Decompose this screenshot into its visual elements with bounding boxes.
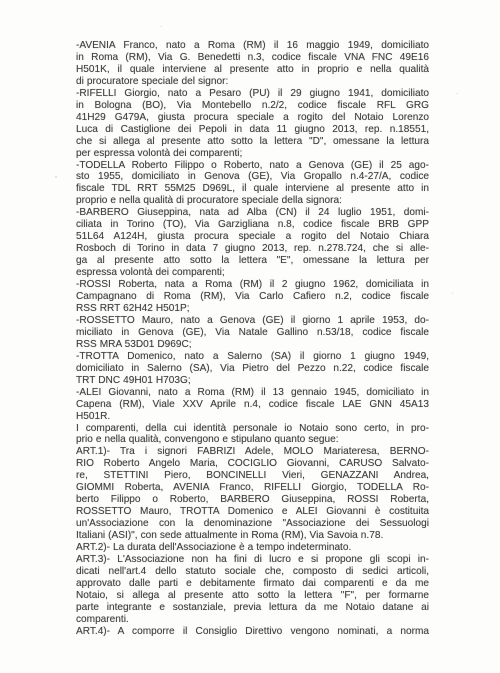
text-line: -AVENIA Franco, nato a Roma (RM) il 16 m… (76, 40, 429, 52)
text-line: -TROTTA Domenico, nato a Salerno (SA) il… (76, 351, 429, 363)
text-line: ROSSETTO Mauro, TROTTA Domenico e ALEI G… (76, 506, 429, 518)
text-line: di procuratore speciale del signor: (76, 76, 429, 88)
text-line: fiscale TDL RRT 55M25 D969L, il quale in… (76, 183, 429, 195)
text-line: I comparenti, della cui identità persona… (76, 423, 429, 435)
text-line: 41H29 G479A, giusta procura speciale a r… (76, 112, 429, 124)
scan-speck (452, 292, 453, 294)
scanned-page: -AVENIA Franco, nato a Roma (RM) il 16 m… (0, 0, 500, 673)
text-line: comparenti. (76, 614, 429, 626)
text-line: miciliato in Genova (GE), Via Natale Gal… (76, 327, 429, 339)
text-line: -ROSSETTO Mauro, nato a Genova (GE) il g… (76, 315, 429, 327)
text-line: GIOMMI Roberta, AVENIA Franco, RIFELLI G… (76, 482, 429, 494)
text-line: 51L64 A124H, giusta procura speciale a r… (76, 231, 429, 243)
text-line: Notaio, si allega al presente atto sotto… (76, 590, 429, 602)
text-line: ciliata in Torino (TO), Via Garzigliana … (76, 219, 429, 231)
text-line: re, STETTINI Piero, BONCINELLI Vieri, GE… (76, 470, 429, 482)
text-line: dicati nell'art.4 dello statuto sociale … (76, 566, 429, 578)
text-line: in Roma (RM), Via G. Benedetti n.3, codi… (76, 52, 429, 64)
text-line: H501K, il quale interviene al presente a… (76, 64, 429, 76)
text-line: sto 1955, domiciliato in Genova (GE), Vi… (76, 171, 429, 183)
text-line: Luca di Castiglione dei Pepoli in data 1… (76, 124, 429, 136)
text-line: per espressa volontà dei comparenti; (76, 148, 429, 160)
text-line: Rosboch di Torino in data 7 giugno 2013,… (76, 243, 429, 255)
scan-speck (55, 176, 57, 178)
text-line: approvato dalle parti e debitamente firm… (76, 578, 429, 590)
text-line: Campagnano di Roma (RM), Via Carlo Cafie… (76, 291, 429, 303)
deed-text-block: -AVENIA Franco, nato a Roma (RM) il 16 m… (76, 40, 429, 638)
text-line: berto Filippo o Roberto, BARBERO Giusepp… (76, 494, 429, 506)
text-line: un'Associazione con la denominazione "As… (76, 518, 429, 530)
text-line: ART.4)- A comporre il Consiglio Direttiv… (76, 626, 429, 638)
text-line: in Bologna (BO), Via Montebello n.2/2, c… (76, 100, 429, 112)
scan-speck (160, 26, 162, 27)
text-line: domiciliato in Salerno (SA), Via Pietro … (76, 363, 429, 375)
text-line: -TODELLA Roberto Filippo o Roberto, nato… (76, 160, 429, 172)
text-line: -ALEI Giovanni, nato a Roma (RM) il 13 g… (76, 387, 429, 399)
text-line: RSS RRT 62H42 H501P; (76, 303, 429, 315)
text-line: ART.1)- Tra i signori FABRIZI Adele, MOL… (76, 446, 429, 458)
text-line: prio e nella qualità, convengono e stipu… (76, 434, 429, 446)
text-line: TRT DNC 49H01 H703G; (76, 375, 429, 387)
text-line: RIO Roberto Angelo Maria, COCIGLIO Giova… (76, 458, 429, 470)
text-line: parte integrante e sostanziale, previa l… (76, 602, 429, 614)
scan-speck (456, 93, 458, 94)
text-line: H501R. (76, 411, 429, 423)
text-line: espressa volontà dei comparenti; (76, 267, 429, 279)
text-line: ga al presente atto sotto la lettera "E"… (76, 255, 429, 267)
text-line: proprio e nella qualità di procuratore s… (76, 195, 429, 207)
text-line: Capena (RM), Viale XXV Aprile n.4, codic… (76, 399, 429, 411)
text-line: ART.3)- L'Associazione non ha fini di lu… (76, 554, 429, 566)
text-line: Italiani (ASI)", con sede attualmente in… (76, 530, 429, 542)
text-line: RSS MRA 53D01 D969C; (76, 339, 429, 351)
text-line: che si allega al presente atto sotto la … (76, 136, 429, 148)
text-line: ART.2)- La durata dell'Associazione è a … (76, 542, 429, 554)
text-line: -ROSSI Roberta, nata a Roma (RM) il 2 gi… (76, 279, 429, 291)
text-line: -BARBERO Giuseppina, nata ad Alba (CN) i… (76, 207, 429, 219)
text-line: -RIFELLI Giorgio, nato a Pesaro (PU) il … (76, 88, 429, 100)
